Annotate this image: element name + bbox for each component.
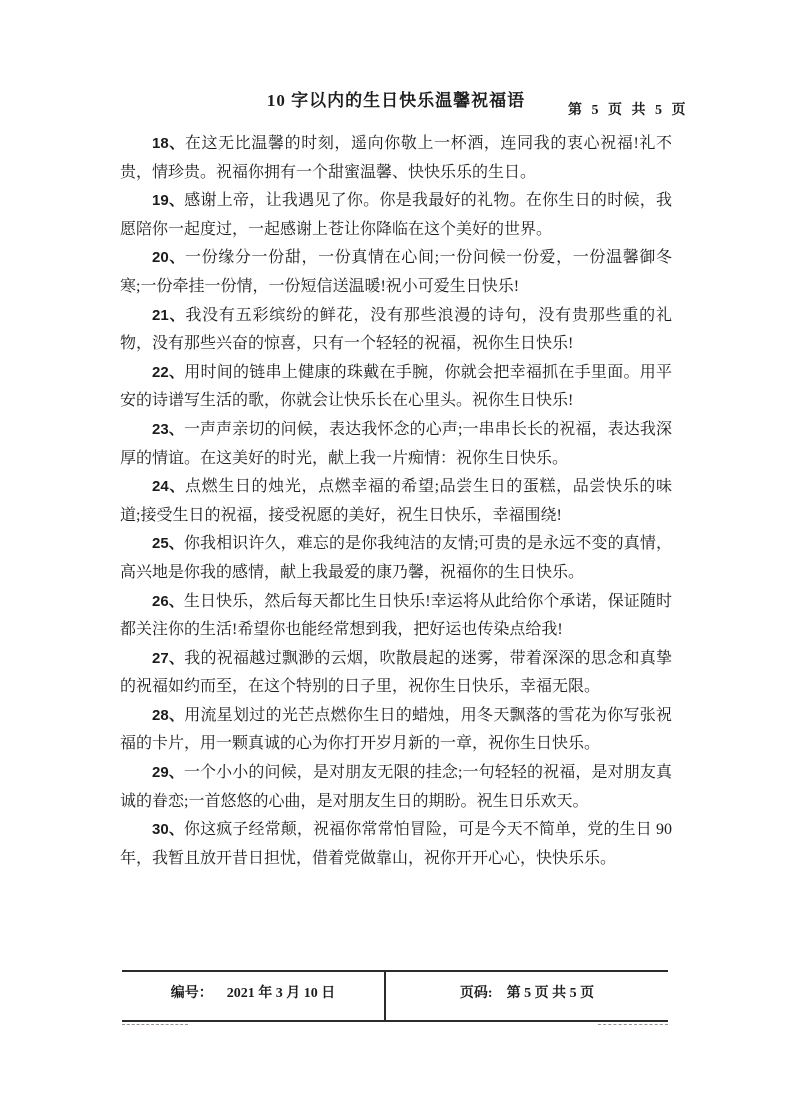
list-item: 28、用流星划过的光芒点燃你生日的蜡烛，用冬天飘落的雪花为你写张祝福的卡片，用一…: [120, 702, 672, 759]
item-number: 20、: [152, 249, 185, 266]
list-item: 21、我没有五彩缤纷的鲜花，没有那些浪漫的诗句，没有贵那些重的礼物，没有那些兴奋…: [120, 302, 672, 359]
list-item: 25、你我相识许久，难忘的是你我纯洁的友情;可贵的是永远不变的真情，高兴地是你我…: [120, 530, 672, 587]
list-item: 19、感谢上帝，让我遇见了你。你是我最好的礼物。在你生日的时候，我愿陪你一起度过…: [120, 187, 672, 244]
blessing-list: 18、在这无比温馨的时刻，遥向你敬上一杯酒，连同我的衷心祝福!礼不贵，情珍贵。祝…: [120, 130, 672, 873]
list-item: 18、在这无比温馨的时刻，遥向你敬上一杯酒，连同我的衷心祝福!礼不贵，情珍贵。祝…: [120, 130, 672, 187]
item-number: 19、: [152, 192, 184, 209]
item-text: 在这无比温馨的时刻，遥向你敬上一杯酒，连同我的衷心祝福!礼不贵，情珍贵。祝福你拥…: [120, 135, 672, 181]
footer-cell-number: 编号： 2021 年 3 月 10 日: [122, 972, 386, 1020]
item-number: 30、: [152, 821, 184, 838]
item-number: 18、: [152, 135, 185, 152]
footer-cell-pagenum: 页码: 第 5 页 共 5 页: [386, 972, 668, 1020]
item-text: 用时间的链串上健康的珠戴在手腕，你就会把幸福抓在手里面。用平安的诗谱写生活的歌，…: [120, 364, 672, 410]
item-text: 你我相识许久，难忘的是你我纯洁的友情;可贵的是永远不变的真情，高兴地是你我的感情…: [120, 535, 672, 581]
item-number: 26、: [152, 593, 184, 610]
item-text: 一声声亲切的问候，表达我怀念的心声;一串串长长的祝福，表达我深厚的情谊。在这美好…: [120, 421, 672, 467]
header-page-indicator: 第 5 页 共 5 页: [568, 99, 689, 119]
list-item: 20、一份缘分一份甜，一份真情在心间;一份问候一份爱，一份温馨御冬寒;一份牵挂一…: [120, 244, 672, 301]
item-text: 点燃生日的烛光，点燃幸福的希望;品尝生日的蛋糕，品尝快乐的味道;接受生日的祝福，…: [120, 478, 672, 524]
item-text: 我的祝福越过飘渺的云烟，吹散晨起的迷雾，带着深深的思念和真挚的祝福如约而至，在这…: [120, 650, 672, 696]
document-page: 10 字以内的生日快乐温馨祝福语 第 5 页 共 5 页 18、在这无比温馨的时…: [0, 0, 792, 1120]
list-item: 30、你这疯子经常颠，祝福你常常怕冒险，可是今天不简单，党的生日 90 年，我暂…: [120, 816, 672, 873]
footer-number-value: 2021 年 3 月 10 日: [227, 982, 336, 1002]
footer-number-label: 编号：: [171, 982, 213, 1002]
footer-pagenum-label: 页码:: [460, 982, 493, 1002]
footer-dashed-line-left: [122, 1024, 188, 1025]
item-text: 一个小小的问候，是对朋友无限的挂念;一句轻轻的祝福，是对朋友真诚的眷恋;一首悠悠…: [120, 764, 672, 810]
item-text: 生日快乐，然后每天都比生日快乐!幸运将从此给你个承诺，保证随时都关注你的生活!希…: [120, 593, 672, 639]
item-text: 你这疯子经常颠，祝福你常常怕冒险，可是今天不简单，党的生日 90 年，我暂且放开…: [120, 821, 672, 867]
item-text: 用流星划过的光芒点燃你生日的蜡烛，用冬天飘落的雪花为你写张祝福的卡片，用一颗真诚…: [120, 707, 672, 753]
item-number: 22、: [152, 364, 184, 381]
item-number: 27、: [152, 650, 184, 667]
item-text: 我没有五彩缤纷的鲜花，没有那些浪漫的诗句，没有贵那些重的礼物，没有那些兴奋的惊喜…: [120, 307, 672, 353]
item-number: 25、: [152, 535, 184, 552]
item-number: 28、: [152, 707, 184, 724]
item-text: 感谢上帝，让我遇见了你。你是我最好的礼物。在你生日的时候，我愿陪你一起度过，一起…: [120, 192, 672, 238]
item-number: 23、: [152, 421, 184, 438]
footer-dashed-line-right: [598, 1024, 668, 1025]
footer-pagenum-value: 第 5 页 共 5 页: [507, 982, 595, 1002]
list-item: 23、一声声亲切的问候，表达我怀念的心声;一串串长长的祝福，表达我深厚的情谊。在…: [120, 416, 672, 473]
list-item: 27、我的祝福越过飘渺的云烟，吹散晨起的迷雾，带着深深的思念和真挚的祝福如约而至…: [120, 645, 672, 702]
list-item: 22、用时间的链串上健康的珠戴在手腕，你就会把幸福抓在手里面。用平安的诗谱写生活…: [120, 359, 672, 416]
list-item: 29、一个小小的问候，是对朋友无限的挂念;一句轻轻的祝福，是对朋友真诚的眷恋;一…: [120, 759, 672, 816]
list-item: 26、生日快乐，然后每天都比生日快乐!幸运将从此给你个承诺，保证随时都关注你的生…: [120, 588, 672, 645]
item-number: 29、: [152, 764, 184, 781]
item-text: 一份缘分一份甜，一份真情在心间;一份问候一份爱，一份温馨御冬寒;一份牵挂一份情，…: [120, 249, 672, 295]
list-item: 24、点燃生日的烛光，点燃幸福的希望;品尝生日的蛋糕，品尝快乐的味道;接受生日的…: [120, 473, 672, 530]
item-number: 24、: [152, 478, 185, 495]
item-number: 21、: [152, 307, 185, 324]
footer-table: 编号： 2021 年 3 月 10 日 页码: 第 5 页 共 5 页: [122, 970, 668, 1022]
